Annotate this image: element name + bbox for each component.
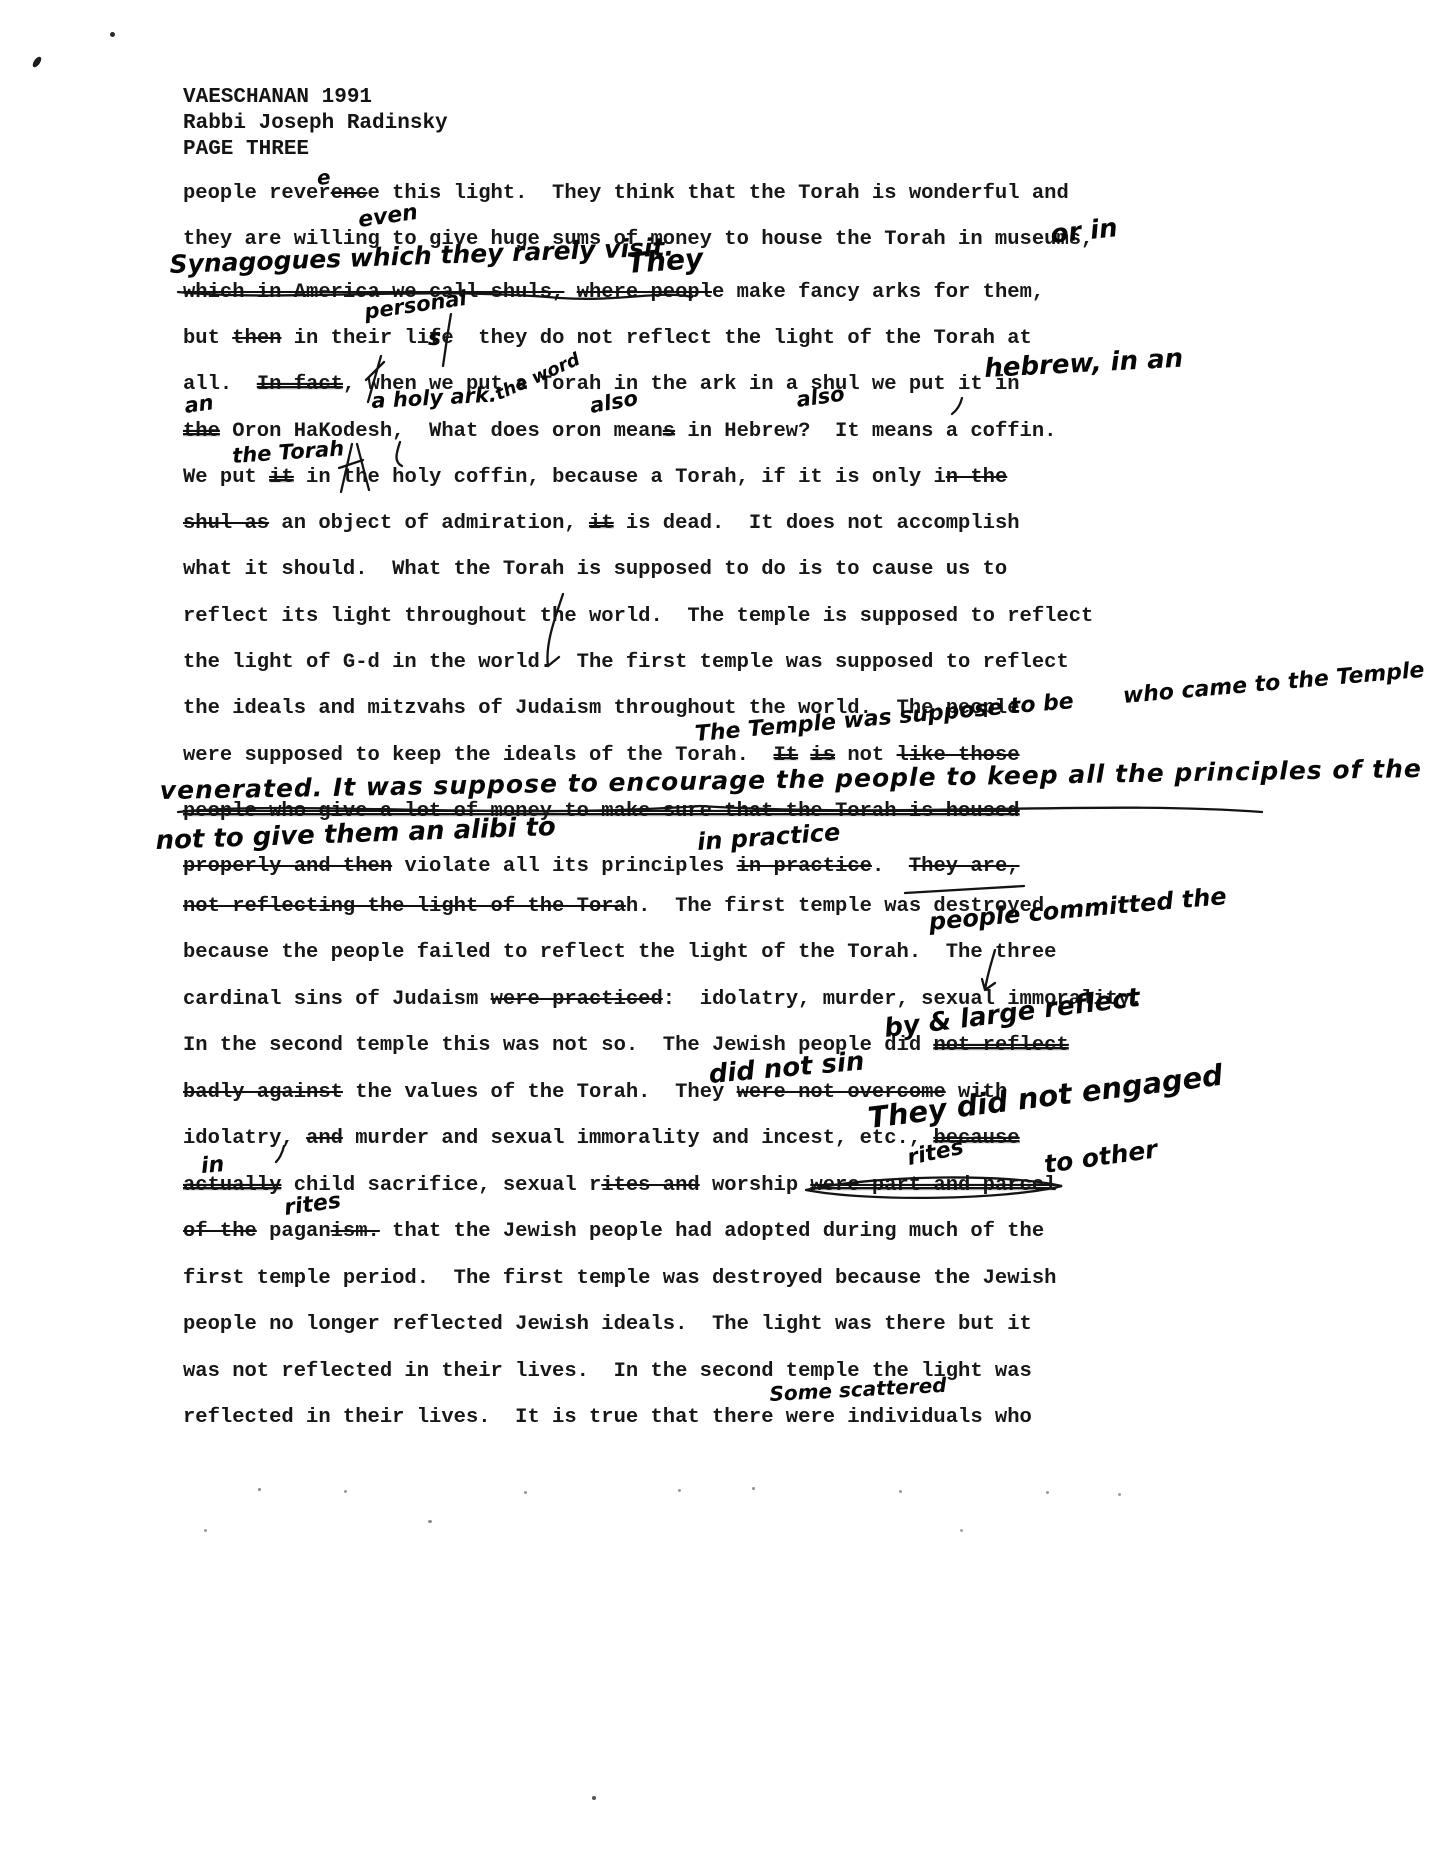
typed-text: is dead. It does not accomplish (614, 512, 1020, 535)
typed-text: the values of the Torah. They (343, 1081, 737, 1104)
struck-text: ism. (331, 1220, 380, 1243)
struck-text: actually (183, 1174, 281, 1197)
typed-line: the light of G-d in the world. The first… (183, 651, 1069, 675)
struck-text: it (269, 466, 294, 489)
struck-text: n the (946, 466, 1008, 489)
struck-text: and (306, 1127, 343, 1150)
typed-line: because the people failed to reflect the… (183, 941, 1056, 965)
document-author: Rabbi Joseph Radinsky (183, 112, 448, 135)
typed-text: cardinal sins of Judaism (183, 988, 491, 1011)
handwritten-note: hebrew, in an (984, 346, 1184, 382)
typed-line: people no longer reflected Jewish ideals… (183, 1313, 1032, 1337)
typed-text: violate all its principles (392, 855, 736, 878)
struck-text: people who give a lot of money to make s… (183, 800, 1020, 823)
typed-line: but then in their life they do not refle… (183, 327, 1032, 351)
struck-text: in practice (737, 855, 872, 878)
document-page: VAESCHANAN 1991 Rabbi Joseph Radinsky PA… (0, 0, 1430, 1851)
handwritten-note: a holy ark. (371, 384, 497, 412)
typed-line: of the paganism. that the Jewish people … (183, 1220, 1044, 1244)
struck-text: shul as (183, 512, 269, 535)
handwritten-note: an (183, 392, 215, 417)
scan-speck (344, 1490, 347, 1493)
typed-text: but (183, 327, 232, 350)
struck-text: ites and (601, 1174, 699, 1197)
struck-text: not reflecting the light of the Tora (183, 895, 626, 918)
struck-text: In fact (257, 373, 343, 396)
handwritten-note: also (795, 383, 846, 411)
handwritten-note: also (588, 388, 639, 417)
typed-text (798, 744, 810, 767)
struck-text: it (589, 512, 614, 535)
typed-text: in Hebrew? It means a coffin. (675, 420, 1056, 443)
scan-speck (110, 32, 115, 37)
typed-line: properly and then violate all its princi… (183, 855, 1020, 879)
typed-text: We put (183, 466, 269, 489)
handwritten-note: in (200, 1154, 225, 1178)
scan-speck (678, 1489, 681, 1492)
typed-text: that the Jewish people had adopted durin… (380, 1220, 1044, 1243)
handwritten-note: s (428, 328, 441, 350)
typed-line: which in America we call shuls, where pe… (183, 281, 1044, 305)
handwritten-note: They did not engaged (866, 1061, 1224, 1133)
typed-text: . (872, 855, 909, 878)
struck-text: then (232, 327, 281, 350)
typed-text (564, 281, 576, 304)
typed-line: not reflecting the light of the Torah. T… (183, 895, 1044, 919)
typed-line: shul as an object of admiration, it is d… (183, 512, 1020, 536)
typed-text: murder and sexual immorality and incest,… (343, 1127, 934, 1150)
typed-text: what it should. What the Torah is suppos… (183, 558, 1007, 581)
struck-text: s (663, 420, 675, 443)
typed-line: reflected in their lives. It is true tha… (183, 1406, 1032, 1430)
struck-text: were practiced (491, 988, 663, 1011)
typed-text: an object of admiration, (269, 512, 589, 535)
handwriting-strokes (0, 0, 1430, 1851)
typed-line: first temple period. The first temple wa… (183, 1267, 1056, 1291)
scan-speck (1046, 1491, 1049, 1494)
typed-line: what it should. What the Torah is suppos… (183, 558, 1007, 582)
handwritten-note: people committed the (928, 884, 1228, 934)
typed-text: in their life they do not reflect the li… (281, 327, 1031, 350)
underline-they-are (905, 886, 1024, 893)
typed-text: people no longer reflected Jewish ideals… (183, 1313, 1032, 1336)
struck-text: properly and then (183, 855, 392, 878)
struck-text: badly against (183, 1081, 343, 1104)
typed-text: e this light. They think that the Torah … (368, 182, 1069, 205)
page-number: PAGE THREE (183, 138, 309, 161)
struck-text: They are, (909, 855, 1020, 878)
scan-speck (592, 1796, 596, 1800)
typed-text: reflect its light throughout the world. … (183, 605, 1093, 628)
typed-text: idolatry, (183, 1127, 306, 1150)
handwritten-note: rites (283, 1190, 342, 1220)
scan-speck (899, 1490, 902, 1493)
struck-text: enc (331, 182, 368, 205)
scan-speck (752, 1487, 755, 1490)
typed-text: the light of G-d in the world. The first… (183, 651, 1069, 674)
handwritten-note: to other (1043, 1136, 1159, 1177)
handwritten-note: the Torah (232, 438, 345, 467)
handwritten-note: e (316, 167, 332, 188)
scan-speck (258, 1488, 261, 1491)
scan-speck (524, 1491, 527, 1494)
struck-text: the (183, 420, 220, 443)
handwritten-note: or in (1049, 215, 1119, 248)
inserted-comma-stroke (952, 398, 962, 414)
caret-stroke-holy-ark (397, 442, 403, 466)
scan-speck (428, 1520, 432, 1523)
handwritten-note: They (626, 245, 704, 278)
struck-text: of the (183, 1220, 257, 1243)
typed-text: pagan (257, 1220, 331, 1243)
scan-speck (204, 1529, 207, 1532)
handwritten-note: who came to the Temple (1122, 660, 1425, 708)
typed-line: reflect its light throughout the world. … (183, 605, 1093, 629)
scan-speck (1118, 1493, 1121, 1496)
struck-text: not reflect (933, 1034, 1068, 1057)
typed-text: first temple period. The first temple wa… (183, 1267, 1056, 1290)
typed-line: people reverence this light. They think … (183, 182, 1069, 206)
document-title: VAESCHANAN 1991 (183, 86, 372, 109)
scan-speck (31, 55, 43, 68)
typed-text: were supposed to keep the ideals of the … (183, 744, 774, 767)
scan-speck (960, 1529, 963, 1532)
typed-text: people rever (183, 182, 331, 205)
handwritten-note: in practice (696, 820, 841, 854)
struck-text: were part and parcel (810, 1174, 1056, 1197)
typed-line: We put it in the holy coffin, because a … (183, 466, 1007, 490)
struck-text: It (774, 744, 799, 767)
typed-text: worship (700, 1174, 811, 1197)
struck-text: where peopl (577, 281, 712, 304)
typed-text: because the people failed to reflect the… (183, 941, 1056, 964)
typed-text: e make fancy arks for them, (712, 281, 1044, 304)
typed-text: reflected in their lives. It is true tha… (183, 1406, 1032, 1429)
typed-text: in the holy coffin, because a Torah, if … (294, 466, 946, 489)
